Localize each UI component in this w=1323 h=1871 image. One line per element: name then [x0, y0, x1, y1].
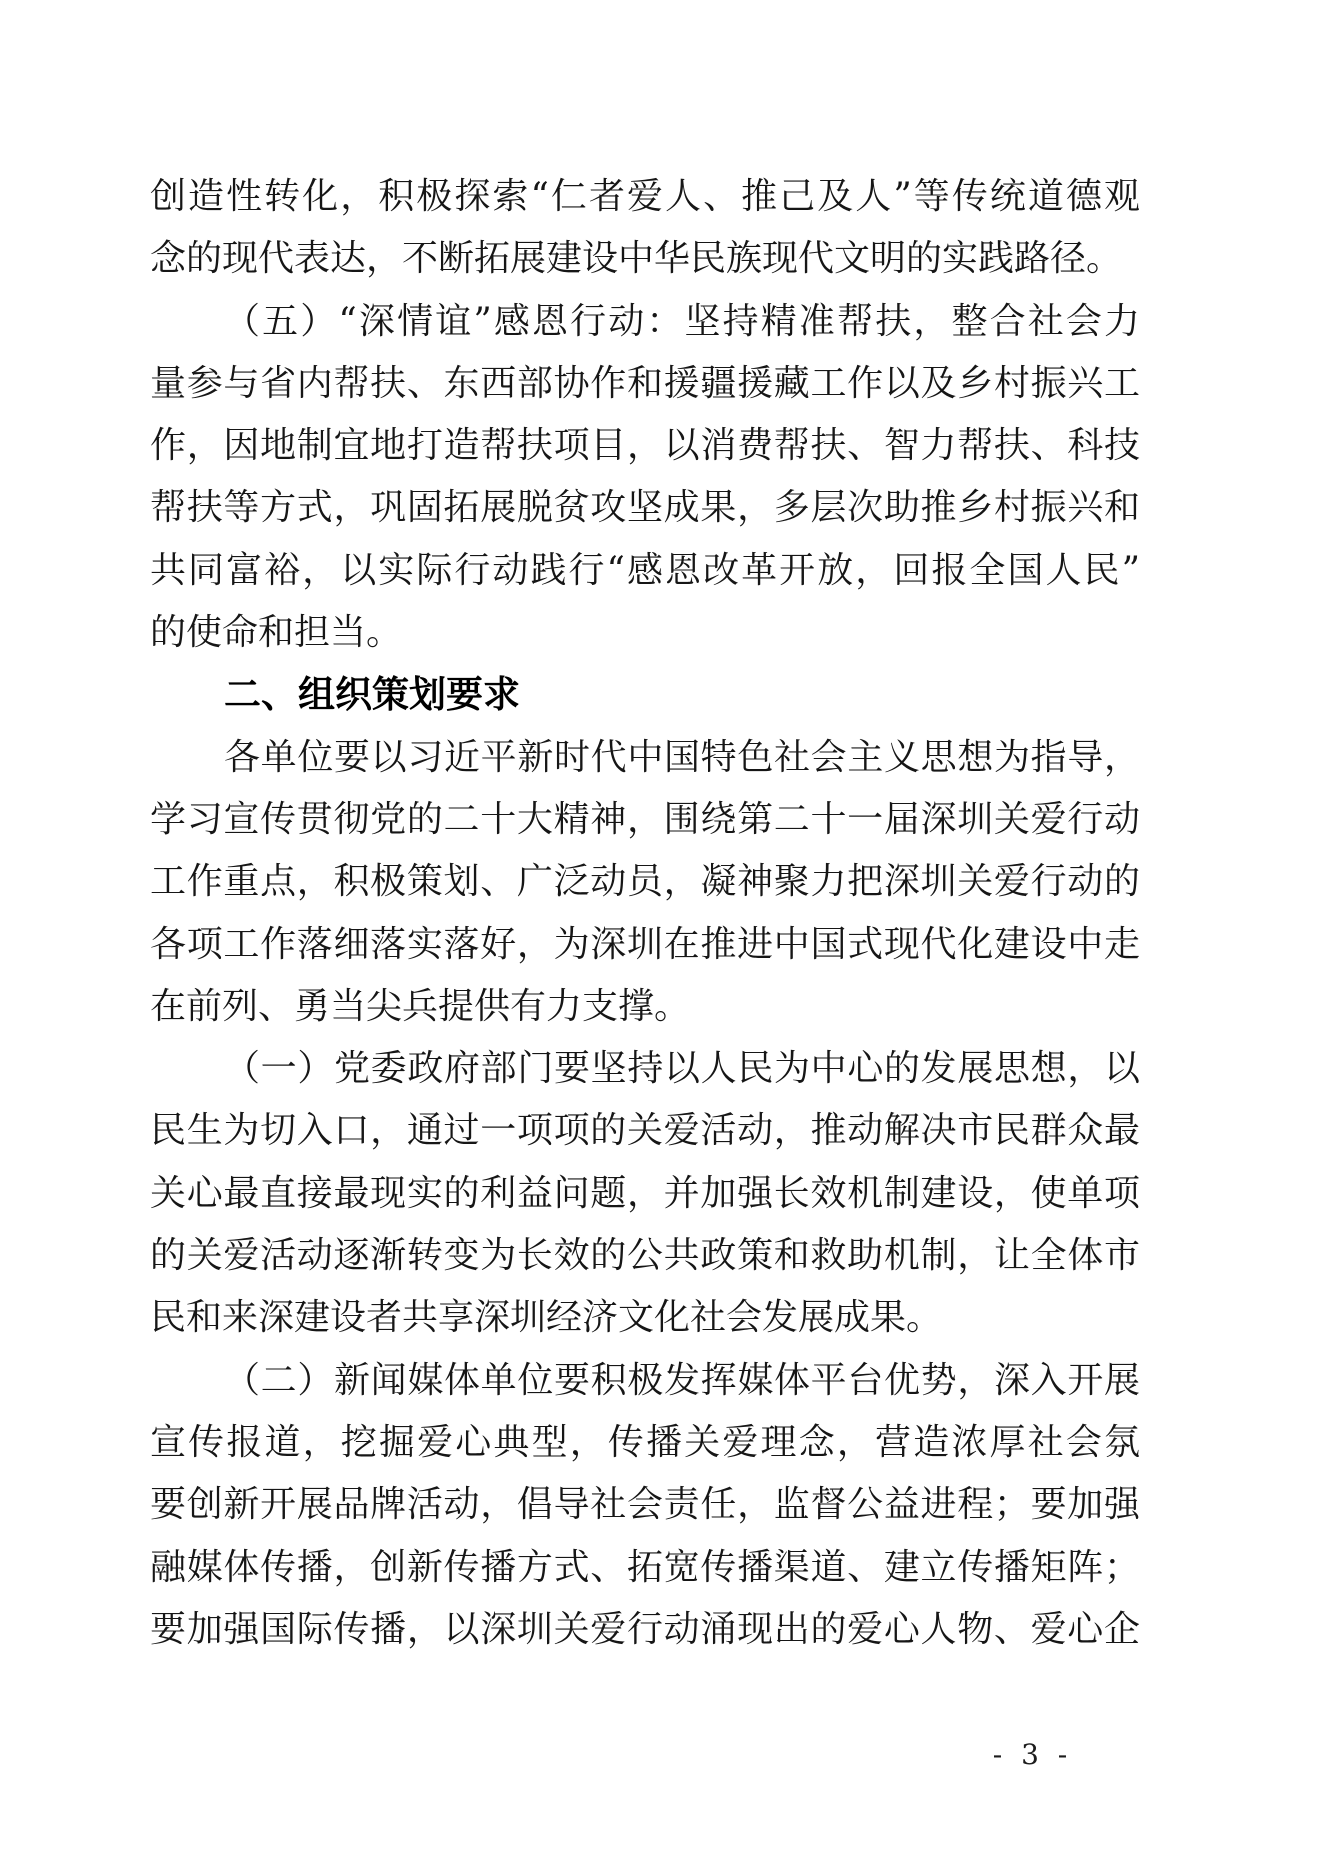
- text-line: 要创新开展品牌活动，倡导社会责任，监督公益进程；要加强: [150, 1474, 1140, 1536]
- text-line: 帮扶等方式，巩固拓展脱贫攻坚成果，多层次助推乡村振兴和: [150, 477, 1140, 539]
- text-line: 融媒体传播，创新传播方式、拓宽传播渠道、建立传播矩阵；: [150, 1537, 1140, 1599]
- text-line: 民和来深建设者共享深圳经济文化社会发展成果。: [150, 1287, 1140, 1349]
- text-line: 宣传报道，挖掘爱心典型，传播关爱理念，营造浓厚社会氛围；: [150, 1412, 1140, 1474]
- text-line: 的使命和担当。: [150, 602, 1140, 664]
- text-line: 各单位要以习近平新时代中国特色社会主义思想为指导，: [150, 727, 1140, 789]
- text-line: （五）“深情谊”感恩行动：坚持精准帮扶，整合社会力: [150, 291, 1140, 353]
- text-line: 在前列、勇当尖兵提供有力支撑。: [150, 976, 1140, 1038]
- text-line: 关心最直接最现实的利益问题，并加强长效机制建设，使单项: [150, 1163, 1140, 1225]
- text-line: 量参与省内帮扶、东西部协作和援疆援藏工作以及乡村振兴工: [150, 353, 1140, 415]
- text-line: 念的现代表达，不断拓展建设中华民族现代文明的实践路径。: [150, 228, 1140, 290]
- page-number: - 3 -: [985, 1738, 1080, 1772]
- text-line: 民生为切入口，通过一项项的关爱活动，推动解决市民群众最: [150, 1100, 1140, 1162]
- text-line: 学习宣传贯彻党的二十大精神，围绕第二十一届深圳关爱行动: [150, 789, 1140, 851]
- text-line: 要加强国际传播，以深圳关爱行动涌现出的爱心人物、爱心企: [150, 1599, 1140, 1661]
- text-line: 各项工作落细落实落好，为深圳在推进中国式现代化建设中走: [150, 914, 1140, 976]
- text-line: （二）新闻媒体单位要积极发挥媒体平台优势，深入开展: [150, 1350, 1140, 1412]
- text-line: （一）党委政府部门要坚持以人民为中心的发展思想，以: [150, 1038, 1140, 1100]
- text-block: 创造性转化，积极探索“仁者爱人、推己及人”等传统道德观念的现代表达，不断拓展建设…: [150, 166, 1140, 1661]
- text-line: 创造性转化，积极探索“仁者爱人、推己及人”等传统道德观: [150, 166, 1140, 228]
- document-page: 创造性转化，积极探索“仁者爱人、推己及人”等传统道德观念的现代表达，不断拓展建设…: [0, 0, 1323, 1871]
- section-heading: 二、组织策划要求: [150, 664, 1140, 726]
- text-line: 的关爱活动逐渐转变为长效的公共政策和救助机制，让全体市: [150, 1225, 1140, 1287]
- text-line: 工作重点，积极策划、广泛动员，凝神聚力把深圳关爱行动的: [150, 851, 1140, 913]
- text-line: 共同富裕，以实际行动践行“感恩改革开放，回报全国人民”: [150, 540, 1140, 602]
- text-line: 作，因地制宜地打造帮扶项目，以消费帮扶、智力帮扶、科技: [150, 415, 1140, 477]
